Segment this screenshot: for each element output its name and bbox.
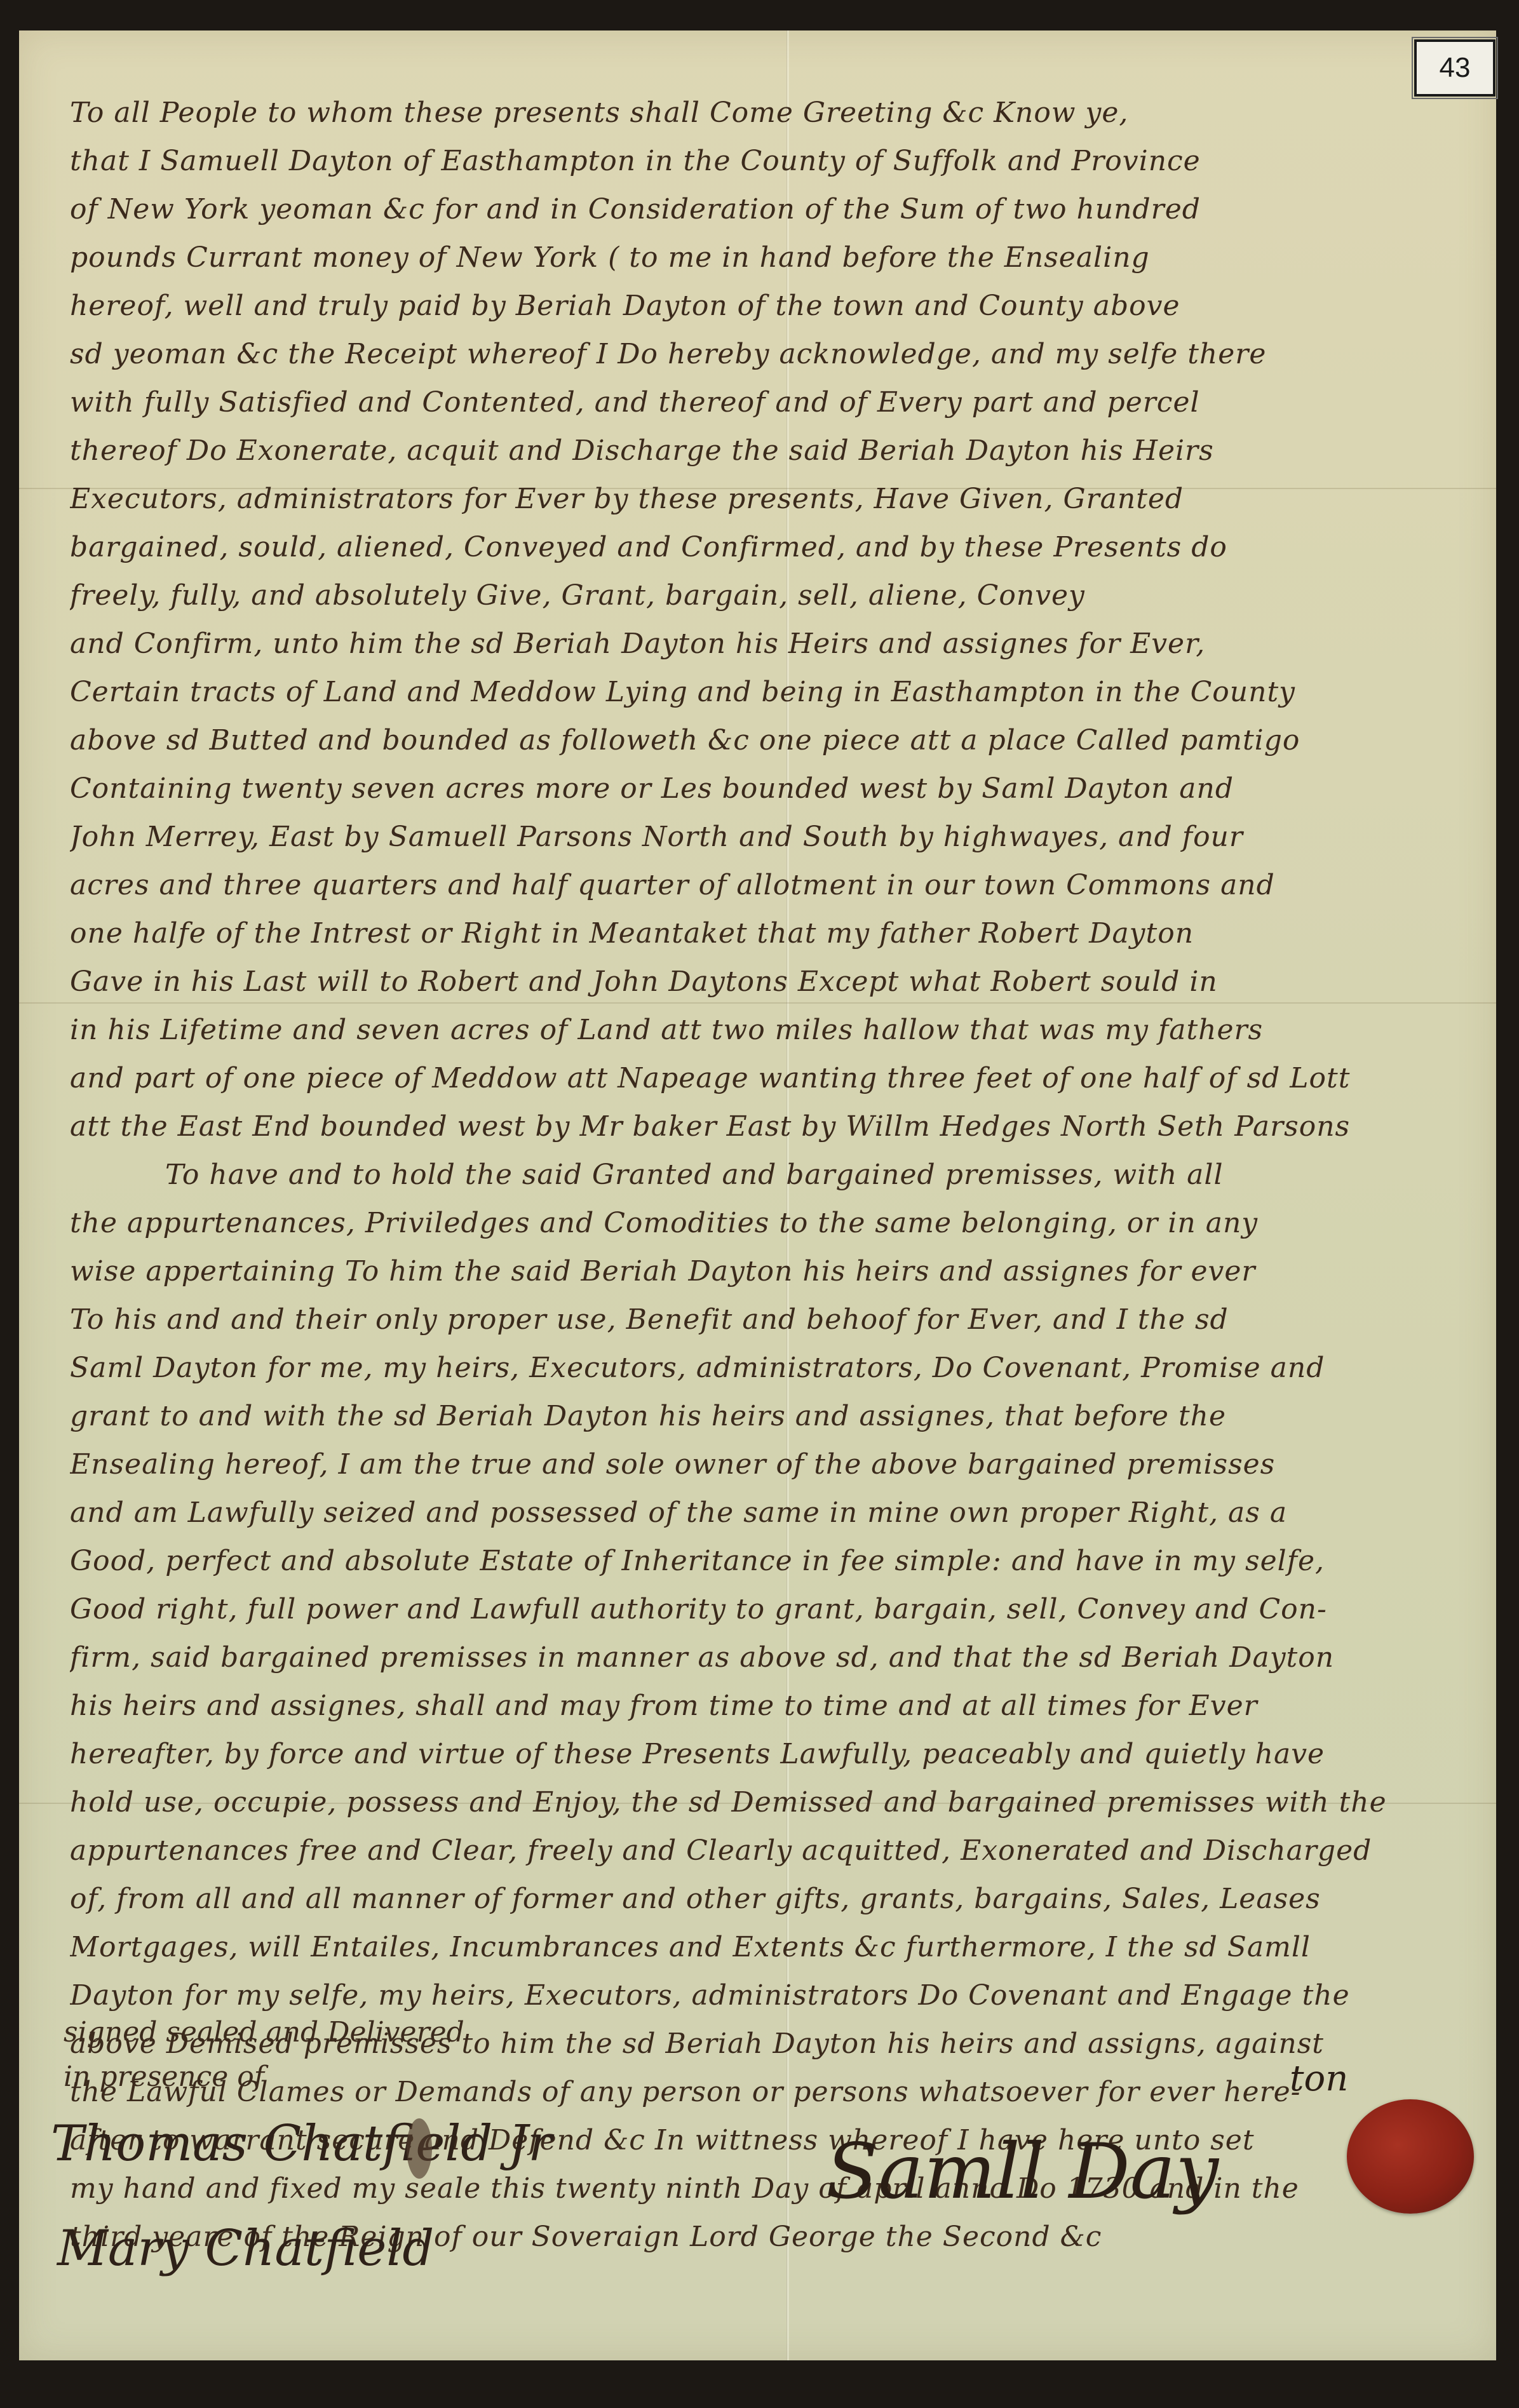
signature-suffix: ton [1290, 2058, 1348, 2099]
deed-body-text: To all People to whom these presents sha… [70, 89, 1468, 2261]
text-line: freely, fully, and absolutely Give, Gran… [70, 572, 1468, 620]
text-line: firm, said bargained premisses in manner… [70, 1634, 1468, 1682]
text-line: bargained, sould, aliened, Conveyed and … [70, 523, 1468, 572]
text-line: Executors, administrators for Ever by th… [70, 475, 1468, 523]
witness-signature: Mary Chatfield [57, 2220, 434, 2277]
witness-signature: Thomas Chatfield Jr [51, 2115, 552, 2172]
wax-seal-icon [1347, 2099, 1474, 2214]
text-line: To have and to hold the said Granted and… [70, 1151, 1468, 1199]
text-line: Good, perfect and absolute Estate of Inh… [70, 1537, 1468, 1585]
attestation-line: signed sealed and Delivered [64, 2010, 464, 2055]
text-line: that I Samuell Dayton of Easthampton in … [70, 137, 1468, 185]
text-line: and am Lawfully seized and possessed of … [70, 1489, 1468, 1537]
text-line: wise appertaining To him the said Beriah… [70, 1248, 1468, 1296]
text-line: sd yeoman &c the Receipt whereof I Do he… [70, 330, 1468, 379]
text-line: Containing twenty seven acres more or Le… [70, 765, 1468, 813]
text-line: Good right, full power and Lawfull autho… [70, 1585, 1468, 1634]
text-line: of, from all and all manner of former an… [70, 1875, 1468, 1923]
ink-blot [407, 2118, 432, 2179]
text-line: pounds Currant money of New York ( to me… [70, 234, 1468, 282]
text-line: of New York yeoman &c for and in Conside… [70, 185, 1468, 234]
grantor-signature: Samll Day [826, 2128, 1219, 2216]
text-line: appurtenances free and Clear, freely and… [70, 1827, 1468, 1875]
text-line: Ensealing hereof, I am the true and sole… [70, 1441, 1468, 1489]
attestation-block: signed sealed and Delivered in presence … [64, 2010, 464, 2099]
text-line: hold use, occupie, possess and Enjoy, th… [70, 1779, 1468, 1827]
text-line: in his Lifetime and seven acres of Land … [70, 1006, 1468, 1054]
text-line: the appurtenances, Priviledges and Comod… [70, 1199, 1468, 1248]
page-number-label: 43 [1414, 39, 1495, 97]
text-line: Gave in his Last will to Robert and John… [70, 958, 1468, 1006]
text-line: thereof Do Exonerate, acquit and Dischar… [70, 427, 1468, 475]
text-line: hereafter, by force and virtue of these … [70, 1730, 1468, 1779]
text-line: and part of one piece of Meddow att Nape… [70, 1054, 1468, 1103]
attestation-line: in presence of [64, 2055, 464, 2099]
text-line: John Merrey, East by Samuell Parsons Nor… [70, 813, 1468, 861]
text-line: To his and and their only proper use, Be… [70, 1296, 1468, 1344]
text-line: above sd Butted and bounded as followeth… [70, 716, 1468, 765]
text-line: att the East End bounded west by Mr bake… [70, 1103, 1468, 1151]
text-line: his heirs and assignes, shall and may fr… [70, 1682, 1468, 1730]
text-line: To all People to whom these presents sha… [70, 89, 1468, 137]
text-line: with fully Satisfied and Contented, and … [70, 379, 1468, 427]
text-line: Mortgages, will Entailes, Incumbrances a… [70, 1923, 1468, 1972]
text-line: acres and three quarters and half quarte… [70, 861, 1468, 910]
text-line: hereof, well and truly paid by Beriah Da… [70, 282, 1468, 330]
text-line: and Confirm, unto him the sd Beriah Dayt… [70, 620, 1468, 668]
text-line: one halfe of the Intrest or Right in Mea… [70, 910, 1468, 958]
text-line: Certain tracts of Land and Meddow Lying … [70, 668, 1468, 716]
text-line: grant to and with the sd Beriah Dayton h… [70, 1392, 1468, 1441]
text-line: Saml Dayton for me, my heirs, Executors,… [70, 1344, 1468, 1392]
